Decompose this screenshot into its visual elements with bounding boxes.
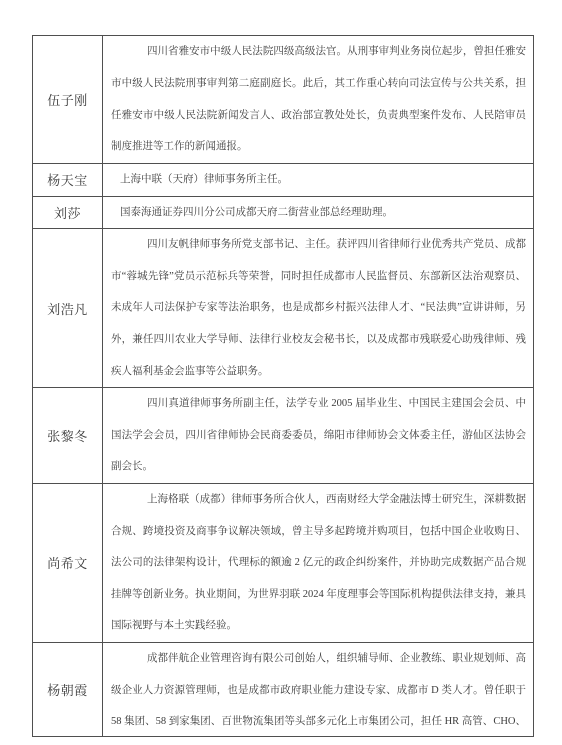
document-page: 伍子刚 四川省雅安市中级人民法院四级高级法官。从刑事审判业务岗位起步，曾担任雅安… [0, 0, 562, 745]
person-bio-text: 上海格联（成都）律师事务所合伙人，西南财经大学金融法博士研究生，深耕数据合规、跨… [111, 484, 526, 642]
person-bio-cell: 成都伴航企业管理咨询有限公司创始人，组织辅导师、企业教练、职业规划师、高级企业人… [103, 642, 534, 736]
table-row: 伍子刚 四川省雅安市中级人民法院四级高级法官。从刑事审判业务岗位起步，曾担任雅安… [33, 36, 534, 164]
people-bio-table: 伍子刚 四川省雅安市中级人民法院四级高级法官。从刑事审判业务岗位起步，曾担任雅安… [32, 35, 534, 737]
table-row: 杨朝霞 成都伴航企业管理咨询有限公司创始人，组织辅导师、企业教练、职业规划师、高… [33, 642, 534, 736]
table-row: 杨天宝 上海中联（天府）律师事务所主任。 [33, 164, 534, 197]
person-name: 刘莎 [33, 196, 103, 229]
person-name: 伍子刚 [33, 36, 103, 164]
person-bio-text: 国泰海通证券四川分公司成都天府二街营业部总经理助理。 [111, 197, 526, 229]
person-bio-cell: 四川友帆律师事务所党支部书记、主任。获评四川省律师行业优秀共产党员、成都市“蓉城… [103, 229, 534, 388]
person-name: 张黎冬 [33, 388, 103, 484]
person-bio-text: 四川真道律师事务所副主任，法学专业 2005 届毕业生、中国民主建国会会员、中国… [111, 388, 526, 483]
person-name: 尚希文 [33, 483, 103, 642]
person-bio-text: 上海中联（天府）律师事务所主任。 [111, 164, 526, 196]
person-bio-cell: 国泰海通证券四川分公司成都天府二街营业部总经理助理。 [103, 196, 534, 229]
table-row: 尚希文 上海格联（成都）律师事务所合伙人，西南财经大学金融法博士研究生，深耕数据… [33, 483, 534, 642]
table-row: 刘莎 国泰海通证券四川分公司成都天府二街营业部总经理助理。 [33, 196, 534, 229]
person-bio-cell: 四川真道律师事务所副主任，法学专业 2005 届毕业生、中国民主建国会会员、中国… [103, 388, 534, 484]
person-name: 刘浩凡 [33, 229, 103, 388]
person-bio-cell: 四川省雅安市中级人民法院四级高级法官。从刑事审判业务岗位起步，曾担任雅安市中级人… [103, 36, 534, 164]
person-name: 杨朝霞 [33, 642, 103, 736]
person-bio-cell: 上海格联（成都）律师事务所合伙人，西南财经大学金融法博士研究生，深耕数据合规、跨… [103, 483, 534, 642]
table-row: 刘浩凡 四川友帆律师事务所党支部书记、主任。获评四川省律师行业优秀共产党员、成都… [33, 229, 534, 388]
table-row: 张黎冬 四川真道律师事务所副主任，法学专业 2005 届毕业生、中国民主建国会会… [33, 388, 534, 484]
person-bio-text: 四川省雅安市中级人民法院四级高级法官。从刑事审判业务岗位起步，曾担任雅安市中级人… [111, 36, 526, 162]
person-name: 杨天宝 [33, 164, 103, 197]
person-bio-cell: 上海中联（天府）律师事务所主任。 [103, 164, 534, 197]
person-bio-text: 成都伴航企业管理咨询有限公司创始人，组织辅导师、企业教练、职业规划师、高级企业人… [111, 643, 526, 736]
person-bio-text: 四川友帆律师事务所党支部书记、主任。获评四川省律师行业优秀共产党员、成都市“蓉城… [111, 229, 526, 387]
